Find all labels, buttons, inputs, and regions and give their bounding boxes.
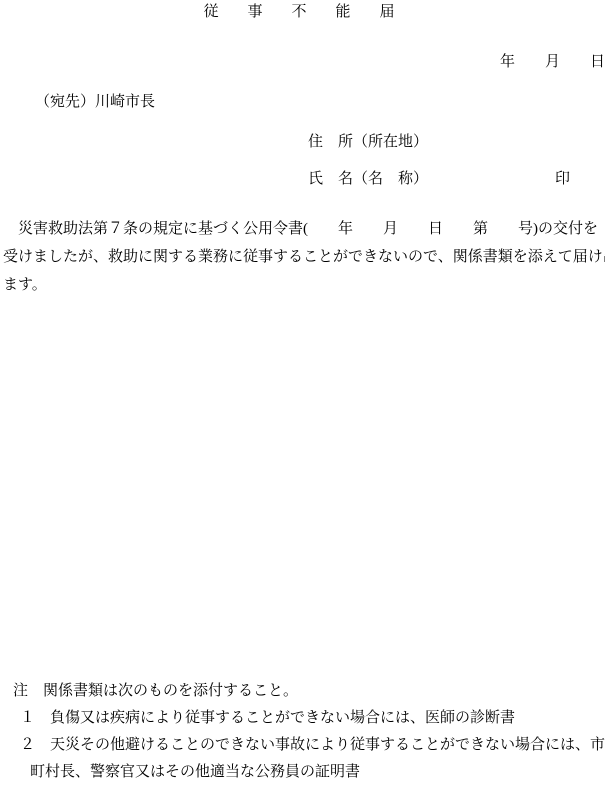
addressee-line: （宛先）川崎市長	[35, 93, 155, 111]
address-field-label: 住 所（所在地）	[308, 133, 428, 151]
date-blank-line: 年 月 日	[500, 53, 605, 71]
body-paragraph-line-1: 災害救助法第７条の規定に基づく公用令書( 年 月 日 第 号)の交付を	[3, 220, 598, 238]
body-paragraph-line-2: 受けましたが、救助に関する業務に従事することができないので、関係書類を添えて届け…	[3, 248, 605, 266]
page-title: 従 事 不 能 届	[0, 3, 605, 21]
notes-item-1: １ 負傷又は疾病により従事することができない場合には、医師の診断書	[20, 709, 515, 727]
seal-mark: 印	[555, 170, 570, 188]
name-field-label: 氏 名（名 称）	[308, 170, 428, 188]
notes-item-2-line-2: 町村長、警察官又はその他適当な公務員の証明書	[30, 763, 360, 781]
body-paragraph-line-3: ます。	[3, 276, 47, 294]
notes-item-2-line-1: ２ 天災その他避けることのできない事故により従事することができない場合には、市区	[20, 736, 605, 754]
juji-funo-todoke-form: 従 事 不 能 届 年 月 日 （宛先）川崎市長 住 所（所在地） 氏 名（名 …	[0, 0, 605, 787]
notes-heading: 注 関係書類は次のものを添付すること。	[13, 682, 298, 700]
